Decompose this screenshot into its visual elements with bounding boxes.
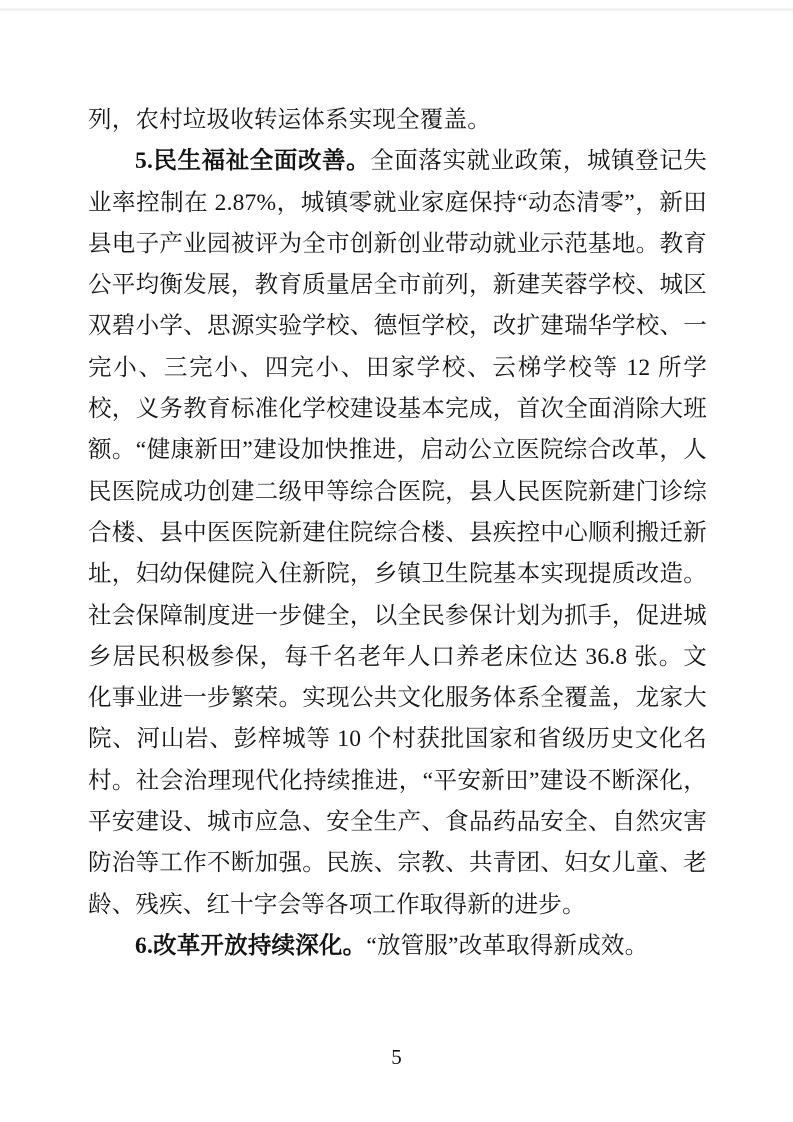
paragraph-5-heading: 5.民生福祉全面改善。	[135, 148, 370, 174]
paragraph-6-text: “放管服”改革取得新成效。	[366, 933, 648, 959]
paragraph-item-6: 6.改革开放持续深化。“放管服”改革取得新成效。	[88, 926, 707, 967]
paragraph-5-text: 全面落实就业政策，城镇登记失业率控制在 2.87%，城镇零就业家庭保持“动态清零…	[88, 148, 707, 917]
page-number: 5	[0, 1044, 793, 1070]
scan-artifact-line	[0, 8, 793, 11]
paragraph-overflow: 列，农村垃圾收转运体系实现全覆盖。	[88, 100, 707, 141]
paragraph-item-5: 5.民生福祉全面改善。全面落实就业政策，城镇登记失业率控制在 2.87%，城镇零…	[88, 141, 707, 926]
paragraph-6-heading: 6.改革开放持续深化。	[135, 933, 366, 959]
document-page: 列，农村垃圾收转运体系实现全覆盖。 5.民生福祉全面改善。全面落实就业政策，城镇…	[0, 0, 793, 1122]
page-body: 列，农村垃圾收转运体系实现全覆盖。 5.民生福祉全面改善。全面落实就业政策，城镇…	[88, 100, 707, 967]
